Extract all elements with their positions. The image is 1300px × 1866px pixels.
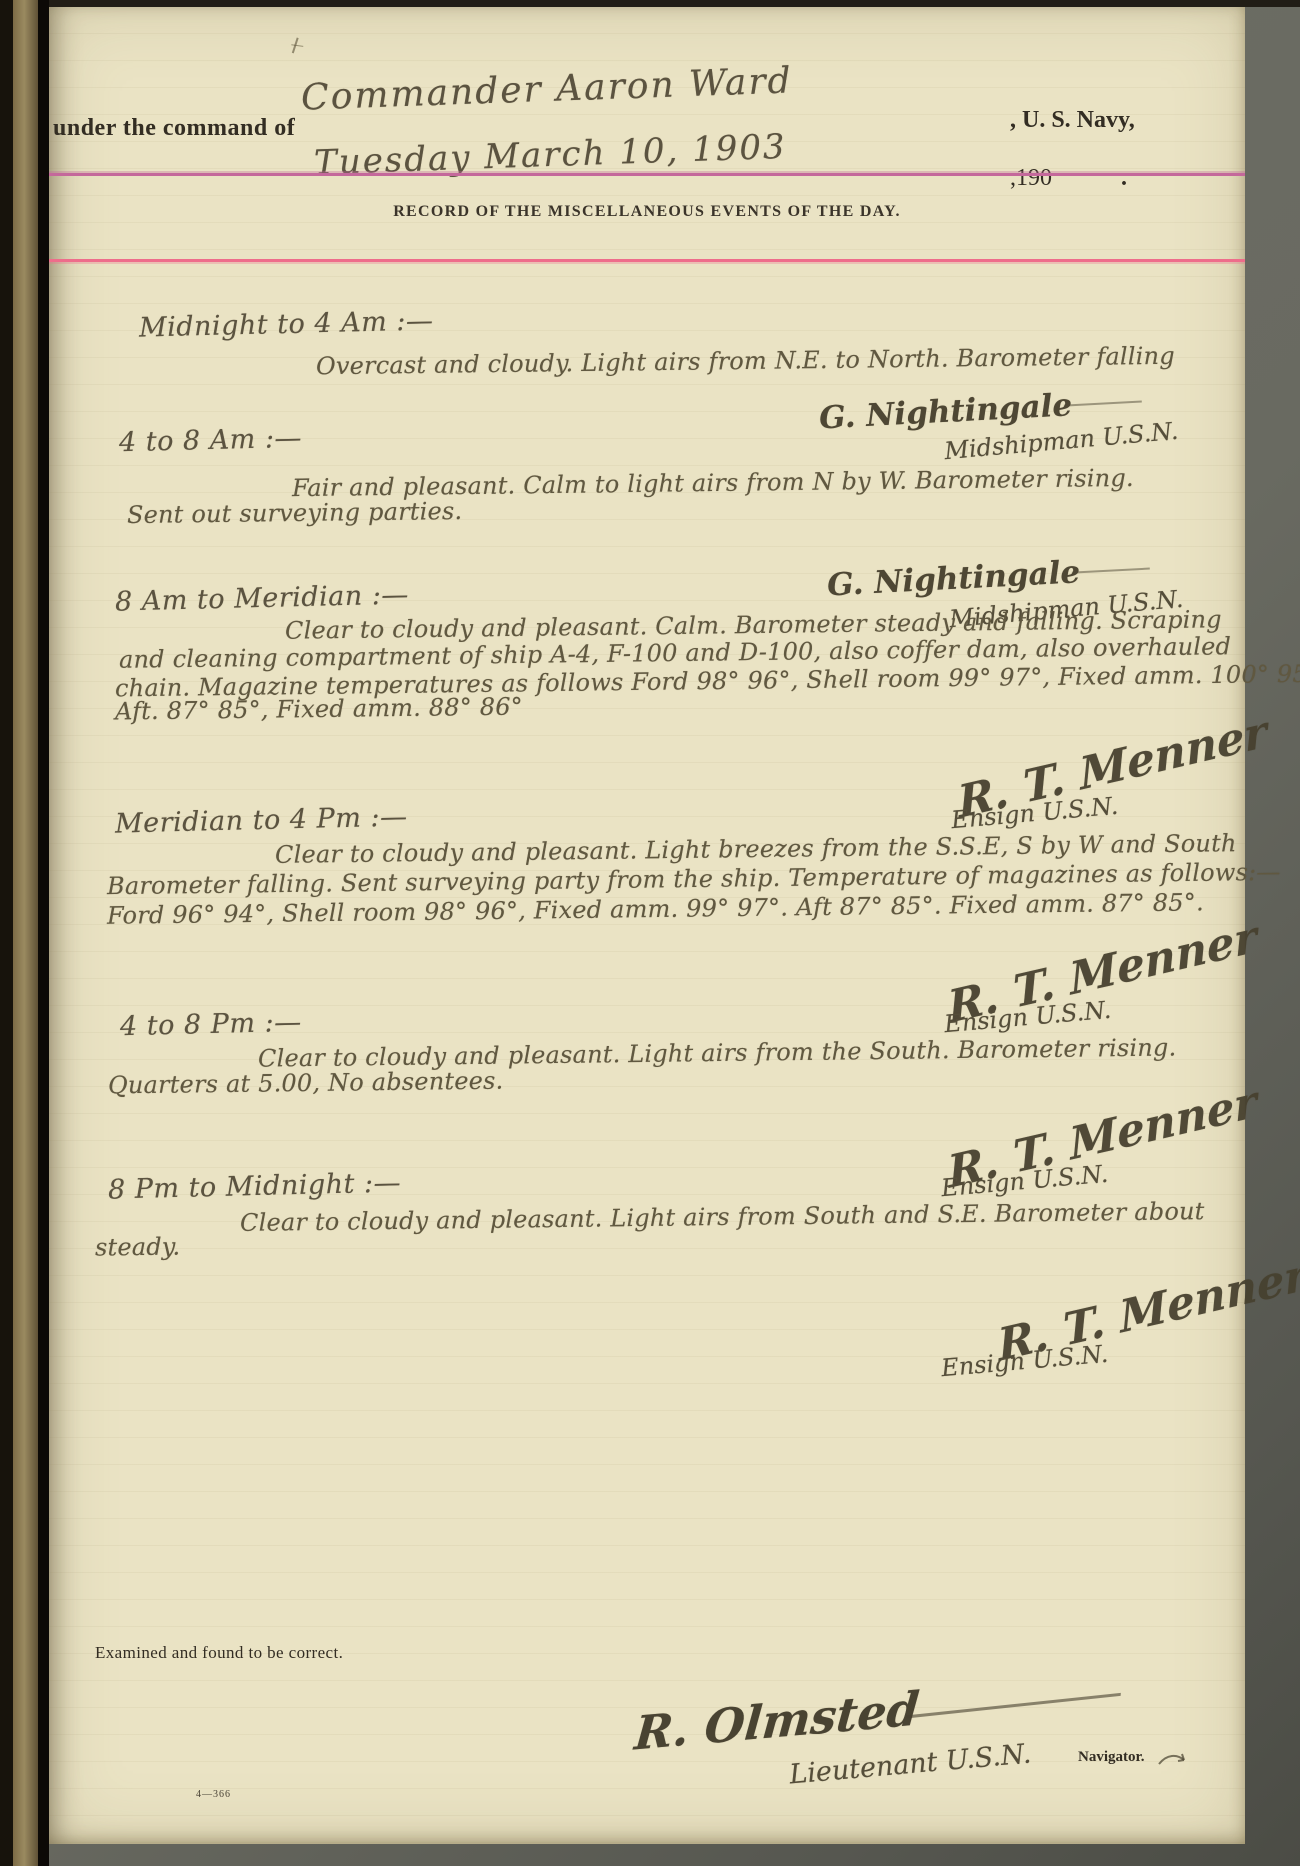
- log-line: Overcast and cloudy. Light airs from N.E…: [316, 342, 1175, 380]
- form-number: 4—366: [196, 1789, 231, 1800]
- year-trailing-period: .: [1121, 165, 1127, 192]
- stray-pen-mark: [292, 38, 308, 57]
- navigator-label: Navigator.: [1078, 1749, 1145, 1766]
- command-prefix-label: under the command of: [53, 115, 295, 142]
- section-title: RECORD OF THE MISCELLANEOUS EVENTS OF TH…: [393, 203, 901, 221]
- log-line: Aft. 87° 85°, Fixed amm. 88° 86°: [115, 693, 523, 726]
- navigator-arrow-flourish: [1157, 1751, 1191, 1769]
- logbook-photo: under the command of Commander Aaron War…: [0, 0, 1300, 1866]
- signature-rank: Ensign U.S.N.: [940, 1340, 1109, 1382]
- year-printed-label: ,190: [1010, 165, 1052, 192]
- navy-suffix-label: , U. S. Navy,: [1010, 107, 1135, 134]
- spine-shadow-line: [38, 0, 49, 1866]
- watch-label: 8 Pm to Midnight :—: [108, 1167, 402, 1205]
- navigator-signature: R. Olmsted: [633, 1663, 1124, 1760]
- photo-left-edge: [0, 0, 13, 1866]
- watch-label: 8 Am to Meridian :—: [115, 579, 410, 617]
- pink-rule-top: [49, 173, 1245, 176]
- log-line: Sent out surveying parties.: [127, 497, 463, 529]
- log-line: Clear to cloudy and pleasant. Light airs…: [258, 1033, 1177, 1072]
- watch-label: 4 to 8 Am :—: [119, 423, 303, 458]
- examined-note: Examined and found to be correct.: [95, 1643, 343, 1663]
- watch-label: 4 to 8 Pm :—: [120, 1007, 302, 1042]
- log-line: Clear to cloudy and pleasant. Light airs…: [240, 1197, 1205, 1237]
- log-line: steady.: [95, 1232, 181, 1261]
- log-line: Fair and pleasant. Calm to light airs fr…: [292, 464, 1134, 502]
- navigator-rank: Lieutenant U.S.N.: [788, 1738, 1032, 1790]
- watch-label: Meridian to 4 Pm :—: [115, 801, 408, 839]
- log-line: Quarters at 5.00, No absentees.: [108, 1067, 504, 1100]
- logbook-page: under the command of Commander Aaron War…: [49, 7, 1245, 1844]
- book-binding: [13, 0, 38, 1866]
- photo-top-edge: [0, 0, 1300, 7]
- commander-name-handwriting: Commander Aaron Ward: [300, 60, 793, 118]
- pink-rule-bottom: [49, 259, 1245, 262]
- watch-label: Midnight to 4 Am :—: [139, 305, 434, 343]
